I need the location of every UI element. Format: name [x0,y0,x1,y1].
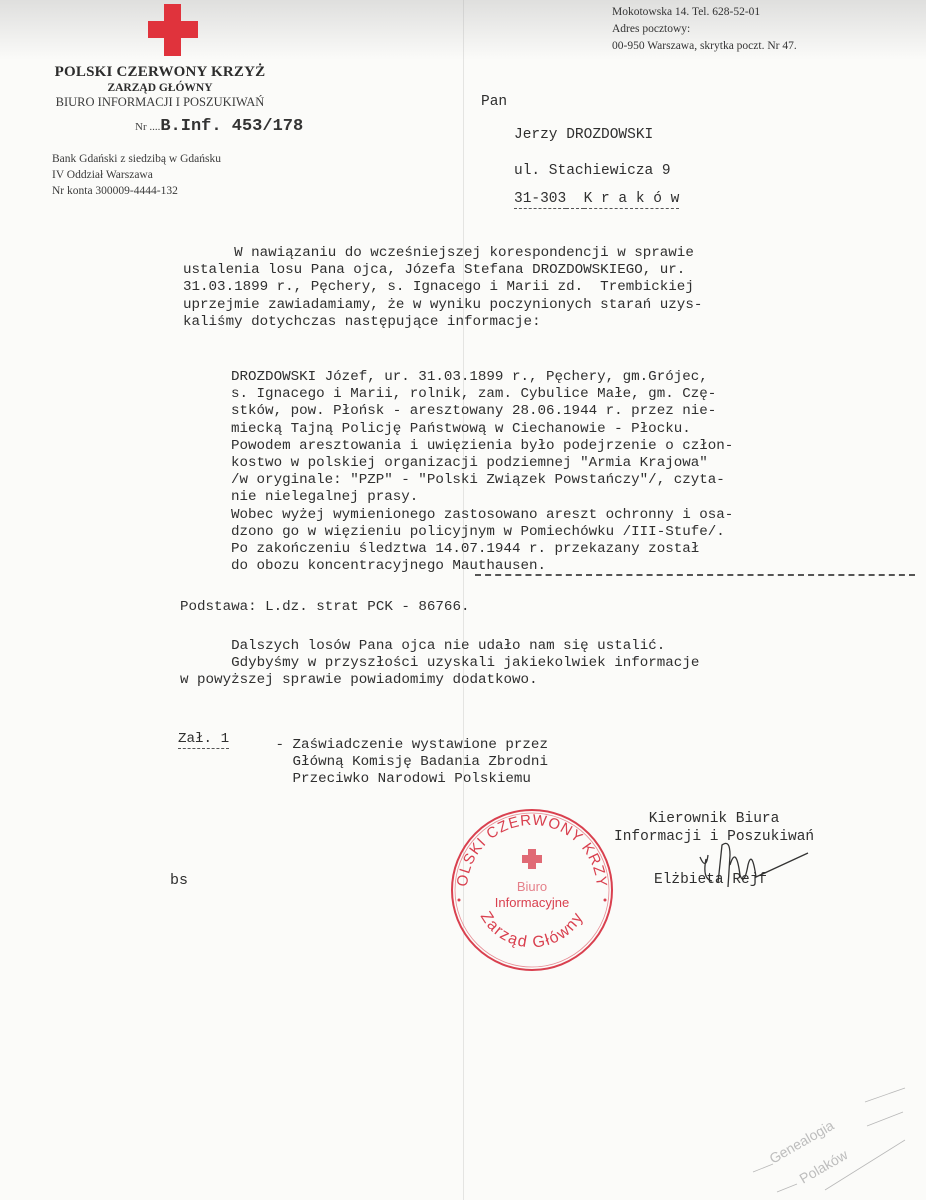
bank-line: Bank Gdański z siedzibą w Gdańsku [52,151,221,167]
basis-line: Podstawa: L.dz. strat PCK - 86766. [180,599,469,616]
letterhead: POLSKI CZERWONY KRZYŻ ZARZĄD GŁÓWNY BIUR… [40,64,280,110]
svg-text:POLSKI CZERWONY KRZYŻ: POLSKI CZERWONY KRZYŻ [447,805,610,888]
salutation: Pan [481,94,507,110]
city: K r a k ó w [584,191,680,209]
address-line: Mokotowska 14. Tel. 628-52-01 [612,4,797,21]
recipient-name: Jerzy DROZDOWSKI [514,127,653,143]
recipient-street: ul. Stachiewicza 9 [514,163,671,179]
ref-value: B.Inf. 453/178 [160,117,303,136]
official-stamp: POLSKI CZERWONY KRZYŻ Zarząd Główny Biur… [447,805,617,975]
record-block: DROZDOWSKI Józef, ur. 31.03.1899 r., Pęc… [231,369,733,575]
address-line: 00-950 Warszawa, skrytka poczt. Nr 47. [612,38,797,55]
postal-code: 31-303 [514,191,566,209]
svg-text:Biuro: Biuro [517,879,547,894]
typist-initials: bs [170,872,188,889]
board-name: ZARZĄD GŁÓWNY [40,82,280,94]
ref-prefix: Nr .... [135,121,160,133]
intro-paragraph: W nawiązaniu do wcześniejszej koresponde… [183,245,702,331]
red-cross-logo-icon [148,4,198,56]
svg-text:Informacyjne: Informacyjne [495,895,569,910]
organization-name: POLSKI CZERWONY KRZYŻ [40,64,280,81]
closing-paragraph: Dalszych losów Pana ojca nie udało nam s… [180,638,699,690]
svg-text:Zarząd Główny: Zarząd Główny [477,909,587,952]
signer-name: Elżbieta Rejf [654,872,767,888]
dash-fill-line [475,574,915,576]
address-line: Adres pocztowy: [612,21,797,38]
attachment-label: Zał. 1 [178,731,229,748]
bank-line: IV Oddział Warszawa [52,167,221,183]
bureau-name: BIURO INFORMACJI I POSZUKIWAŃ [40,95,280,110]
svg-text:Polaków: Polaków [797,1146,852,1187]
recipient-city-line: 31-303 K r a k ó w [514,191,679,207]
genealogia-watermark: Genealogia Polaków [745,1080,925,1200]
attachment-description: - Zaświadczenie wystawione przez Główną … [267,737,548,789]
sender-address: Mokotowska 14. Tel. 628-52-01 Adres pocz… [612,4,797,55]
reference-number: Nr ....B.Inf. 453/178 [135,117,303,136]
bank-line: Nr konta 300009-4444-132 [52,183,221,199]
bank-details: Bank Gdański z siedzibą w Gdańsku IV Odd… [52,151,221,199]
